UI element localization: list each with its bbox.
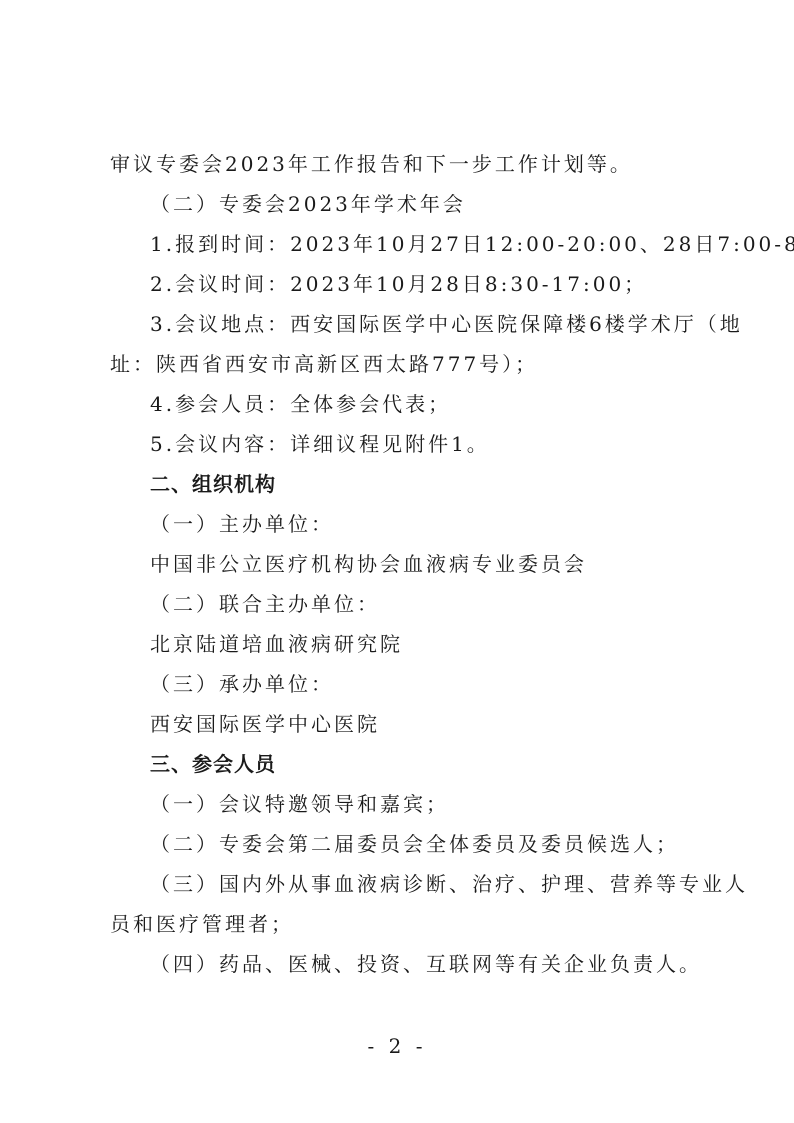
- subheading-organizer: （三）承办单位：: [150, 672, 334, 696]
- paragraph-continuation: 审议专委会2023年工作报告和下一步工作计划等。: [110, 152, 633, 176]
- participant-item-1: （一）会议特邀领导和嘉宾；: [150, 792, 449, 816]
- item-meeting-venue-cont: 址：陕西省西安市高新区西太路777号）；: [110, 352, 538, 376]
- item-meeting-venue: 3.会议地点：西安国际医学中心医院保障楼6楼学术厅（地: [150, 312, 743, 336]
- item-meeting-content: 5.会议内容：详细议程见附件1。: [150, 432, 490, 456]
- subheading-annual-meeting: （二）专委会2023年学术年会: [150, 192, 466, 216]
- participant-item-2: （二）专委会第二届委员会全体委员及委员候选人；: [150, 832, 679, 856]
- subheading-co-host: （二）联合主办单位：: [150, 592, 380, 616]
- page-number: - 2 -: [0, 1034, 794, 1058]
- participant-item-4: （四）药品、医械、投资、互联网等有关企业负责人。: [150, 952, 702, 976]
- organizer-name: 西安国际医学中心医院: [150, 712, 380, 736]
- item-meeting-time: 2.会议时间：2023年10月28日8:30-17:00；: [150, 272, 647, 296]
- participant-item-3: （三）国内外从事血液病诊断、治疗、护理、营养等专业人: [150, 872, 748, 896]
- item-registration-time: 1.报到时间：2023年10月27日12:00-20:00、28日7:00-8:…: [150, 232, 794, 256]
- participant-item-3-cont: 员和医疗管理者；: [110, 912, 294, 936]
- section-heading-organization: 二、组织机构: [150, 472, 276, 496]
- section-heading-participants: 三、参会人员: [150, 752, 276, 776]
- subheading-host: （一）主办单位：: [150, 512, 334, 536]
- item-attendees: 4.参会人员：全体参会代表；: [150, 392, 451, 416]
- host-name: 中国非公立医疗机构协会血液病专业委员会: [150, 552, 587, 576]
- co-host-name: 北京陆道培血液病研究院: [150, 632, 403, 656]
